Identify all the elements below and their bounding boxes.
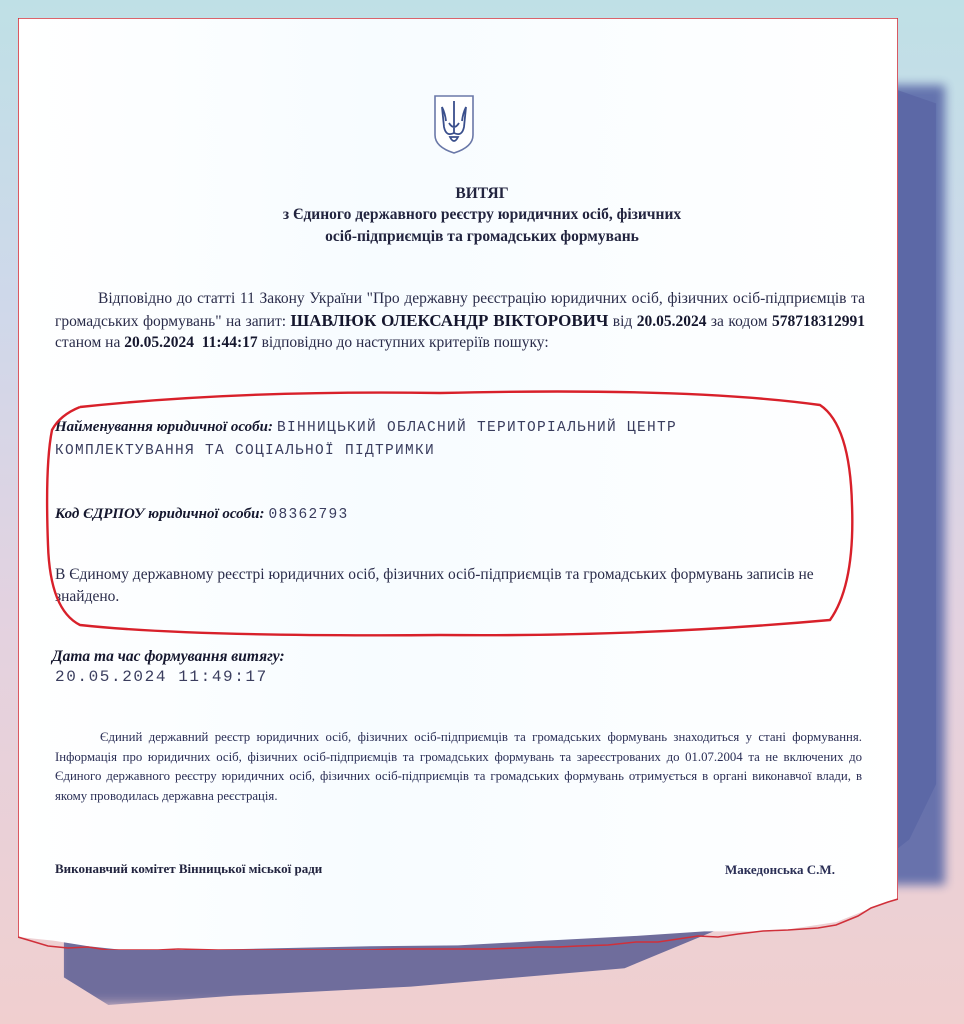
ukraine-coat-of-arms-icon bbox=[432, 93, 476, 155]
document-page bbox=[18, 18, 898, 950]
document-subtitle-line1: з Єдиного державного реєстру юридичних о… bbox=[0, 206, 964, 224]
state-label: станом на bbox=[55, 334, 124, 351]
document-title: ВИТЯГ bbox=[0, 185, 964, 203]
search-result-text: В Єдиному державному реєстрі юридичних о… bbox=[55, 564, 830, 607]
intro-paragraph: Відповідно до статті 11 Закону України "… bbox=[55, 288, 865, 354]
generated-label: Дата та час формування витягу: bbox=[52, 648, 285, 666]
registry-note: Єдиний державний реєстр юридичних осіб, … bbox=[55, 728, 862, 806]
intro-tail: відповідно до наступних критеріїв пошуку… bbox=[258, 334, 549, 351]
code-label: Код ЄДРПОУ юридичної особи: bbox=[55, 506, 264, 522]
from-label: від bbox=[608, 313, 636, 330]
signatory-name: Македонська С.М. bbox=[725, 862, 835, 878]
request-code: 578718312991 bbox=[772, 313, 865, 330]
code-label: за кодом bbox=[707, 313, 773, 330]
requester-name: ШАВЛЮК ОЛЕКСАНДР ВІКТОРОВИЧ bbox=[291, 311, 609, 330]
issuer-name: Виконавчий комітет Вінницької міської ра… bbox=[55, 861, 322, 877]
code-value: 08362793 bbox=[268, 507, 348, 523]
name-label: Найменування юридичної особи: bbox=[55, 419, 273, 435]
generated-datetime: 20.05.2024 11:49:17 bbox=[55, 668, 268, 686]
edrpou-code-field: Код ЄДРПОУ юридичної особи: 08362793 bbox=[55, 505, 349, 523]
state-datetime: 20.05.2024 11:44:17 bbox=[124, 334, 257, 351]
document-subtitle-line2: осіб-підприємців та громадських формуван… bbox=[0, 228, 964, 246]
legal-entity-name-field: Найменування юридичної особи: ВІННИЦЬКИЙ… bbox=[55, 416, 825, 462]
request-date: 20.05.2024 bbox=[637, 313, 707, 330]
